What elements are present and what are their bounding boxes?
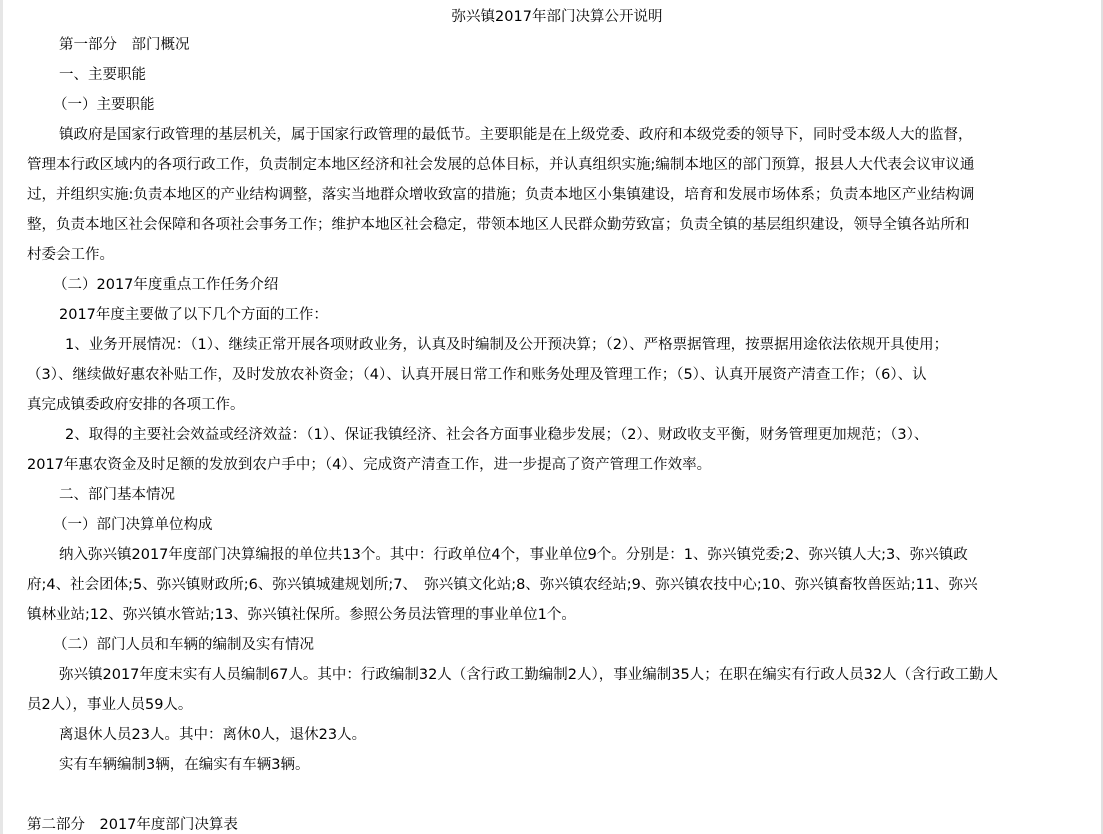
paragraph-line: 管理本行政区域内的各项行政工作，负责制定本地区经济和社会发展的总体目标，并认真组…	[27, 150, 1077, 180]
paragraph-line: （3）、继续做好惠农补贴工作，及时发放农补资金；（4）、认真开展日常工作和账务处…	[27, 360, 1077, 390]
paragraph-line: 府;4、社会团体;5、弥兴镇财政所;6、弥兴镇城建规划所;7、 弥兴镇文化站;8…	[27, 570, 1077, 600]
spacer	[27, 780, 1077, 810]
section1-sub1-heading: （一）主要职能	[27, 90, 1077, 120]
section2-heading: 二、部门基本情况	[27, 480, 1077, 510]
staff-paragraph: 弥兴镇2017年度末实有人员编制67人。其中：行政编制32人（含行政工勤编制2人…	[27, 660, 1077, 720]
paragraph-line: 2017年惠农资金及时足额的发放到农户手中；（4）、完成资产清查工作，进一步提高…	[27, 450, 1077, 480]
paragraph-line: 弥兴镇2017年度末实有人员编制67人。其中：行政编制32人（含行政工勤编制2人…	[27, 660, 1077, 690]
section2-sub2-heading: （二）部门人员和车辆的编制及实有情况	[27, 630, 1077, 660]
paragraph-line: 纳入弥兴镇2017年度部门决算编报的单位共13个。其中：行政单位4个，事业单位9…	[27, 540, 1077, 570]
paragraph-line: 员2人），事业人员59人。	[27, 690, 1077, 720]
paragraph-line: 过，并组织实施:负责本地区的产业结构调整，落实当地群众增收致富的措施；负责本地区…	[27, 180, 1077, 210]
paragraph-line: 镇林业站;12、弥兴镇水管站;13、弥兴镇社保所。参照公务员法管理的事业单位1个…	[27, 600, 1077, 630]
section1-sub2-intro: 2017年度主要做了以下几个方面的工作：	[27, 300, 1077, 330]
paragraph-line: 真完成镇委政府安排的各项工作。	[27, 390, 1077, 420]
part2-heading: 第二部分 2017年度部门决算表	[27, 810, 1077, 834]
paragraph-line: 整，负责本地区社会保障和各项社会事务工作；维护本地区社会稳定，带领本地区人民群众…	[27, 210, 1077, 240]
section2-sub1-paragraph: 纳入弥兴镇2017年度部门决算编报的单位共13个。其中：行政单位4个，事业单位9…	[27, 540, 1077, 630]
paragraph-line: 镇政府是国家行政管理的基层机关，属于国家行政管理的最低节。主要职能是在上级党委、…	[27, 120, 1077, 150]
section2-sub1-heading: （一）部门决算单位构成	[27, 510, 1077, 540]
left-border	[0, 0, 3, 834]
part1-heading: 第一部分 部门概况	[27, 30, 1077, 60]
document-body: 弥兴镇2017年部门决算公开说明 第一部分 部门概况 一、主要职能 （一）主要职…	[27, 0, 1077, 834]
work-item-1-paragraph: 1、业务开展情况：（1）、继续正常开展各项财政业务，认真及时编制及公开预决算；（…	[27, 330, 1077, 420]
section1-sub1-paragraph: 镇政府是国家行政管理的基层机关，属于国家行政管理的最低节。主要职能是在上级党委、…	[27, 120, 1077, 270]
paragraph-line: 1、业务开展情况：（1）、继续正常开展各项财政业务，认真及时编制及公开预决算；（…	[27, 330, 1077, 360]
section1-sub2-heading: （二）2017年度重点工作任务介绍	[27, 270, 1077, 300]
work-item-2-paragraph: 2、取得的主要社会效益或经济效益：（1）、保证我镇经济、社会各方面事业稳步发展；…	[27, 420, 1077, 480]
paragraph-line: 2、取得的主要社会效益或经济效益：（1）、保证我镇经济、社会各方面事业稳步发展；…	[27, 420, 1077, 450]
vehicles-paragraph: 实有车辆编制3辆，在编实有车辆3辆。	[27, 750, 1077, 780]
retired-paragraph: 离退休人员23人。其中：离休0人，退休23人。	[27, 720, 1077, 750]
paragraph-line: 村委会工作。	[27, 240, 1077, 270]
section1-heading: 一、主要职能	[27, 60, 1077, 90]
document-title: 弥兴镇2017年部门决算公开说明	[27, 0, 1077, 30]
